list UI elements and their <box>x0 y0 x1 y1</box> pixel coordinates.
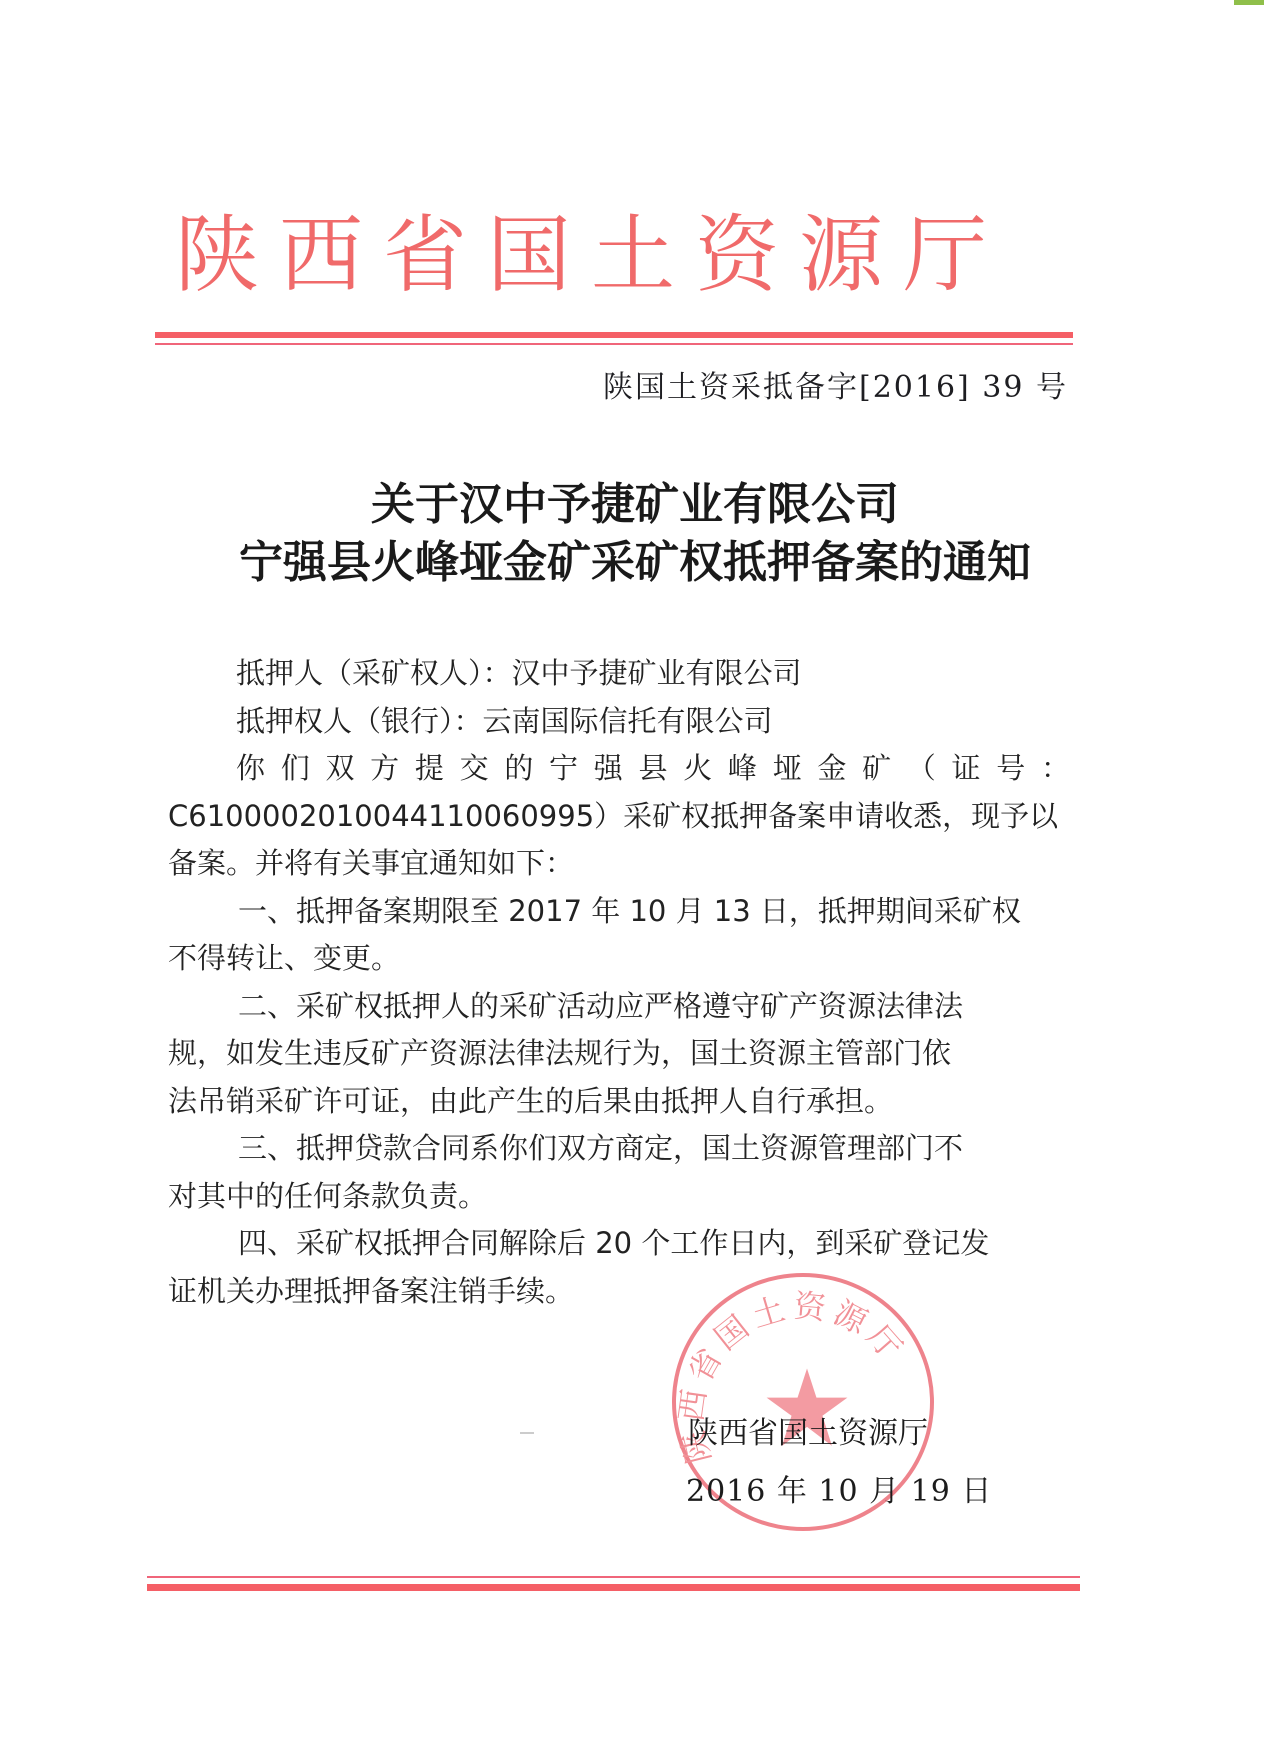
document-title: 关于汉中予捷矿业有限公司 宁强县火峰垭金矿采矿权抵押备案的通知 <box>150 476 1120 592</box>
mortgagee-line: 抵押权人（银行）：云南国际信托有限公司 <box>168 698 1070 746</box>
mortgagor-value: 汉中予捷矿业有限公司 <box>512 656 802 690</box>
intro-line-3: 备案。并将有关事宜通知如下： <box>168 840 1070 888</box>
item-2-line-2: 规，如发生违反矿产资源法律法规行为，国土资源主管部门依 <box>168 1030 1070 1078</box>
intro-char: 们 <box>281 745 310 793</box>
mortgagor-label: 抵押人（采矿权人）： <box>236 656 512 690</box>
scan-artifact <box>520 1432 534 1434</box>
document-body: 抵押人（采矿权人）：汉中予捷矿业有限公司 抵押权人（银行）：云南国际信托有限公司… <box>168 650 1070 1315</box>
masthead-rule-thick <box>155 332 1073 338</box>
title-line-2: 宁强县火峰垭金矿采矿权抵押备案的通知 <box>150 534 1120 592</box>
item-2-line-3: 法吊销采矿许可证，由此产生的后果由抵押人自行承担。 <box>168 1078 1070 1126</box>
intro-char: 方 <box>370 745 399 793</box>
intro-char: 宁 <box>549 745 578 793</box>
mortgagee-value: 云南国际信托有限公司 <box>483 704 773 738</box>
intro-line-2: C610000201004411006099​5）采矿权抵押备案申请收悉，现予以 <box>168 793 1070 841</box>
item-2-line-1: 二、采矿权抵押人的采矿活动应严格遵守矿产资源法律法 <box>168 983 1070 1031</box>
intro-char: 的 <box>504 745 533 793</box>
signature-date: 2016 年 10 月 19 日 <box>686 1468 992 1516</box>
footer-rule-thick <box>147 1584 1080 1591</box>
intro-char: 矿 <box>862 745 891 793</box>
intro-char: 证 <box>952 745 981 793</box>
intro-char: 双 <box>325 745 354 793</box>
item-4-line-2: 证机关办理抵押备案注销手续。 <box>168 1268 1070 1316</box>
issuer-masthead: 陕西省国土资源厅 <box>175 205 1055 305</box>
intro-char: 火 <box>683 745 712 793</box>
mortgagee-label: 抵押权人（银行）： <box>236 704 483 738</box>
intro-line-1: 你们双方提交的宁强县火峰垭金矿（证号： <box>168 745 1070 793</box>
intro-char: 金 <box>817 745 846 793</box>
signature-issuer: 陕西省国土资源厅 <box>688 1410 928 1458</box>
intro-char: 县 <box>638 745 667 793</box>
intro-char: 交 <box>460 745 489 793</box>
intro-char: 提 <box>415 745 444 793</box>
item-1-line-2: 不得转让、变更。 <box>168 935 1070 983</box>
intro-char: 号 <box>996 745 1025 793</box>
title-line-1: 关于汉中予捷矿业有限公司 <box>150 476 1120 534</box>
scan-edge-mark <box>1234 0 1264 5</box>
item-1-line-1: 一、抵押备案期限至 2017 年 10 月 13 日，抵押期间采矿权 <box>168 888 1070 936</box>
intro-char: 强 <box>594 745 623 793</box>
masthead-rule-thin <box>155 343 1073 345</box>
intro-char: （ <box>907 745 936 793</box>
intro-char: 垭 <box>773 745 802 793</box>
item-4-line-1: 四、采矿权抵押合同解除后 20 个工作日内，到采矿登记发 <box>168 1220 1070 1268</box>
item-3-line-1: 三、抵押贷款合同系你们双方商定，国土资源管理部门不 <box>168 1125 1070 1173</box>
document-number: 陕国土资采抵备字[2016] 39 号 <box>603 368 1068 408</box>
intro-char: 峰 <box>728 745 757 793</box>
intro-char: 你 <box>236 745 265 793</box>
mortgagor-line: 抵押人（采矿权人）：汉中予捷矿业有限公司 <box>168 650 1070 698</box>
item-3-line-2: 对其中的任何条款负责。 <box>168 1173 1070 1221</box>
intro-char: ： <box>1041 745 1070 793</box>
footer-rule-thin <box>147 1576 1080 1578</box>
